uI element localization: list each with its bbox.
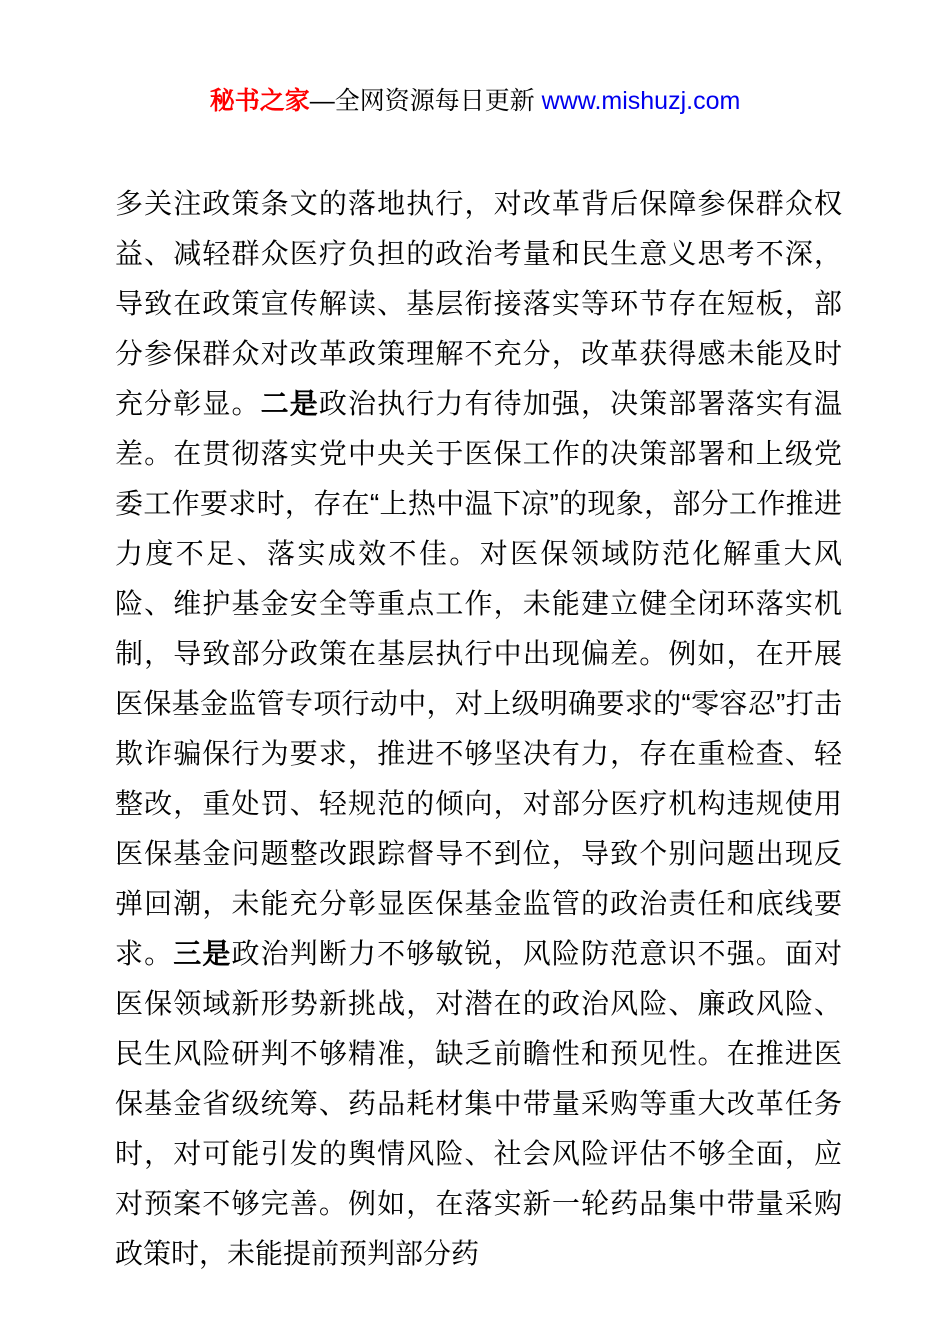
site-url: www.mishuzj.com bbox=[542, 87, 741, 115]
document-body-text: 多关注政策条文的落地执行，对改革背后保障参保群众权益、减轻群众医疗负担的政治考量… bbox=[115, 179, 842, 1279]
bold-run-third-point: 三是 bbox=[173, 938, 231, 969]
document-page: 秘书之家—全网资源每日更新 www.mishuzj.com 多关注政策条文的落地… bbox=[0, 0, 950, 1344]
site-brand: 秘书之家 bbox=[210, 87, 310, 115]
site-tagline: —全网资源每日更新 bbox=[310, 87, 542, 115]
page-header: 秘书之家—全网资源每日更新 www.mishuzj.com bbox=[0, 84, 950, 118]
body-text-segment-1: 多关注政策条文的落地执行，对改革背后保障参保群众权益、减轻群众医疗负担的政治考量… bbox=[115, 188, 842, 419]
body-text-segment-2: 政治执行力有待加强，决策部署落实有温差。在贯彻落实党中央关于医保工作的决策部署和… bbox=[115, 388, 842, 969]
body-text-segment-3: 政治判断力不够敏锐，风险防范意识不强。面对医保领域新形势新挑战，对潜在的政治风险… bbox=[115, 938, 842, 1269]
bold-run-second-point: 二是 bbox=[261, 388, 319, 419]
